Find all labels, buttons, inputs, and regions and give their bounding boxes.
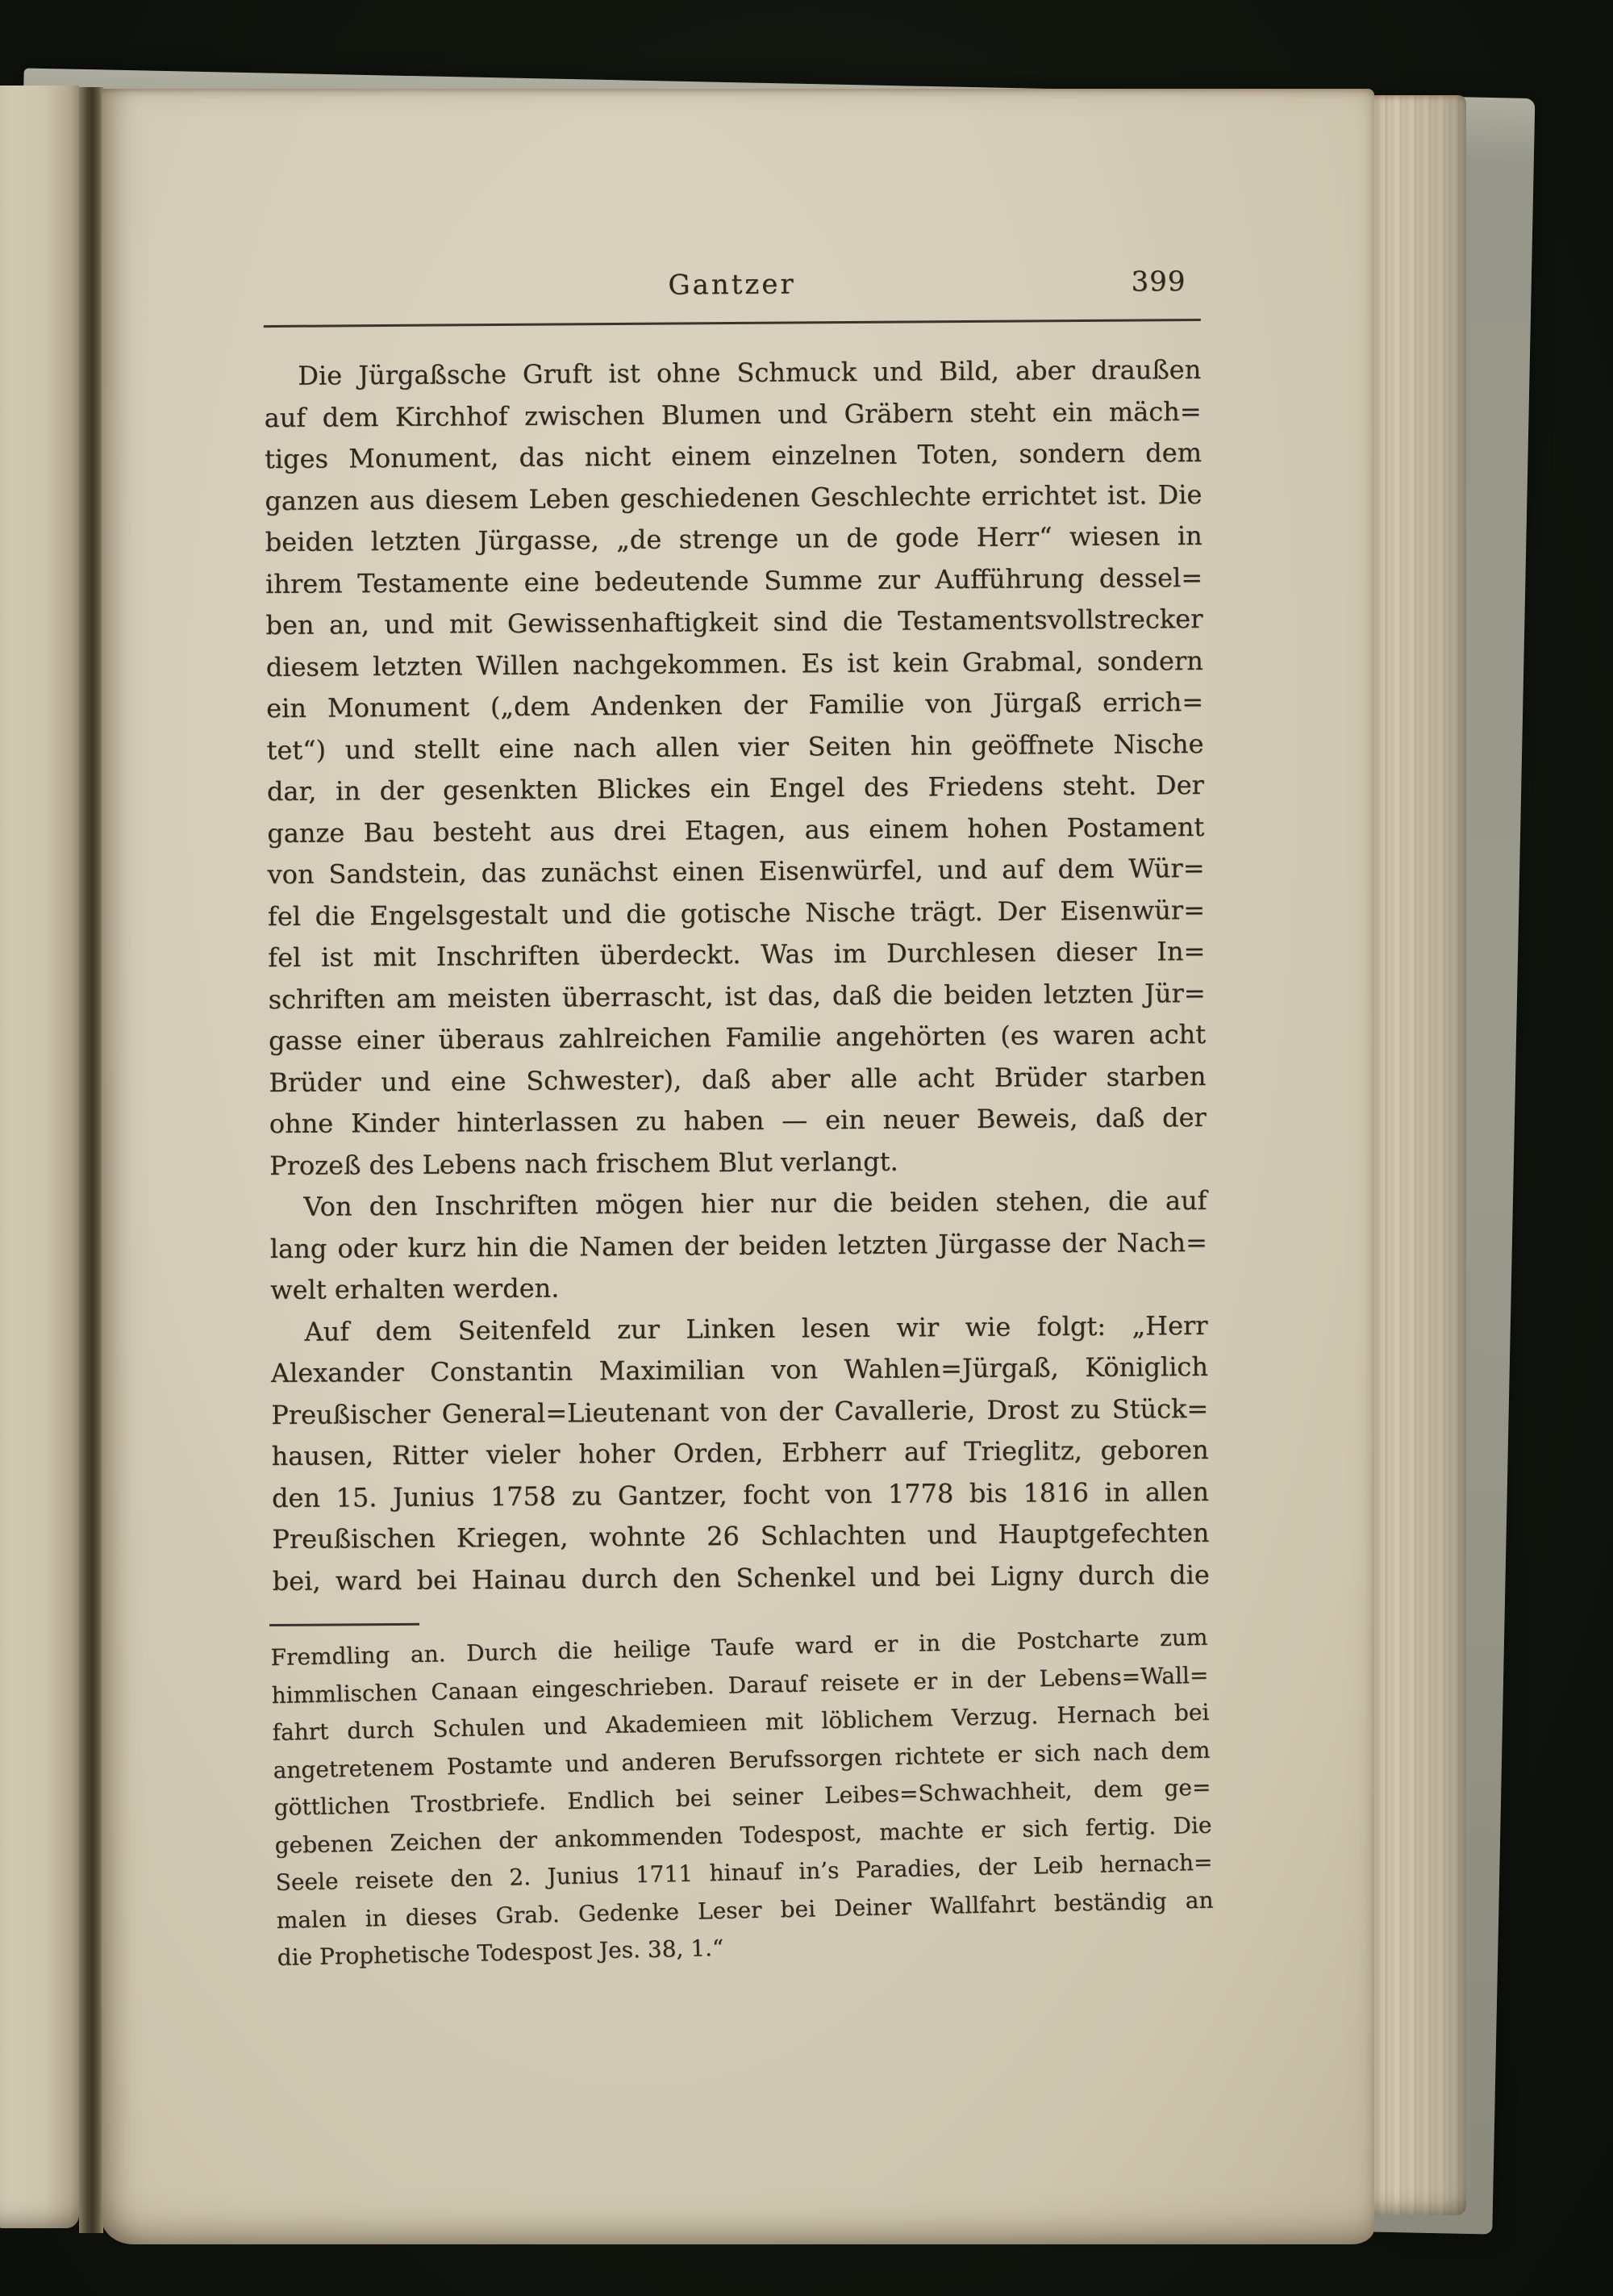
text-line: ganzen aus diesem Leben geschiedenen Ges… (265, 474, 1202, 522)
text-line: den 15. Junius 1758 zu Gantzer, focht vo… (272, 1471, 1209, 1519)
header-rule (264, 319, 1201, 328)
text-line: ihrem Testamente eine bedeutende Summe z… (265, 557, 1202, 605)
text-line: ein Monument („dem Andenken der Familie … (266, 682, 1203, 730)
body-text: Die Jürgaßsche Gruft ist ohne Schmuck un… (264, 349, 1210, 1602)
text-line: schriften am meisten überrascht, ist das… (268, 972, 1205, 1021)
text-line: ohne Kinder hinterlassen zu haben — ein … (269, 1097, 1207, 1146)
running-head-title: Gantzer (668, 268, 796, 301)
text-line: Preußischer General=Lieutenant von der C… (271, 1388, 1208, 1436)
printed-text-layer: Gantzer 399 Die Jürgaßsche Gruft ist ohn… (261, 0, 1215, 2296)
book-gutter-shadow (79, 87, 103, 2233)
text-line: fel ist mit Inschriften überdeckt. Was i… (268, 931, 1205, 979)
footnote-rule (269, 1623, 419, 1626)
facing-page-edge (0, 86, 79, 2228)
footnote-text: Fremdling an. Durch die heilige Taufe wa… (270, 1619, 1215, 1977)
text-line: hausen, Ritter vieler hoher Orden, Erbhe… (271, 1430, 1208, 1478)
text-line: bei, ward bei Hainau durch den Schenkel … (273, 1554, 1210, 1602)
text-line: welt erhalten werden. (270, 1263, 1207, 1312)
text-line: ben an, und mit Gewissenhaftigkeit sind … (265, 599, 1202, 647)
text-line: gasse einer überaus zahlreichen Familie … (269, 1014, 1206, 1062)
text-line: von Sandstein, das zunächst einen Eisenw… (267, 848, 1204, 896)
text-line: Von den Inschriften mögen hier nur die b… (269, 1180, 1207, 1229)
text-line: lang oder kurz hin die Namen der beiden … (270, 1221, 1207, 1270)
page-stack-fore-edge (1366, 95, 1466, 2215)
text-line: dar, in der gesenkten Blickes ein Engel … (267, 765, 1204, 813)
text-line: tiges Monument, das nicht einem einzelne… (265, 432, 1202, 481)
text-line: tet“) und stellt eine nach allen vier Se… (266, 723, 1203, 771)
text-line: Die Jürgaßsche Gruft ist ohne Schmuck un… (264, 349, 1201, 398)
text-line: Auf dem Seitenfeld zur Linken lesen wir … (270, 1305, 1207, 1353)
text-line: diesem letzten Willen nachgekommen. Es i… (266, 640, 1203, 688)
page-number: 399 (1131, 265, 1186, 298)
text-line: Brüder und eine Schwester), daß aber all… (269, 1055, 1206, 1104)
text-line: ganze Bau besteht aus drei Etagen, aus e… (267, 806, 1204, 854)
text-line: Preußischen Kriegen, wohnte 26 Schlachte… (272, 1513, 1209, 1561)
text-line: fel die Engelsgestalt und die gotische N… (268, 889, 1205, 937)
text-line: Prozeß des Lebens nach frischem Blut ver… (269, 1138, 1207, 1187)
scan-background: Gantzer 399 Die Jürgaßsche Gruft ist ohn… (0, 0, 1613, 2296)
text-line: auf dem Kirchhof zwischen Blumen und Grä… (264, 390, 1201, 439)
text-line: beiden letzten Jürgasse, „de strenge un … (265, 516, 1202, 564)
text-line: Alexander Constantin Maximilian von Wahl… (271, 1346, 1208, 1395)
running-head: Gantzer 399 (263, 265, 1200, 307)
